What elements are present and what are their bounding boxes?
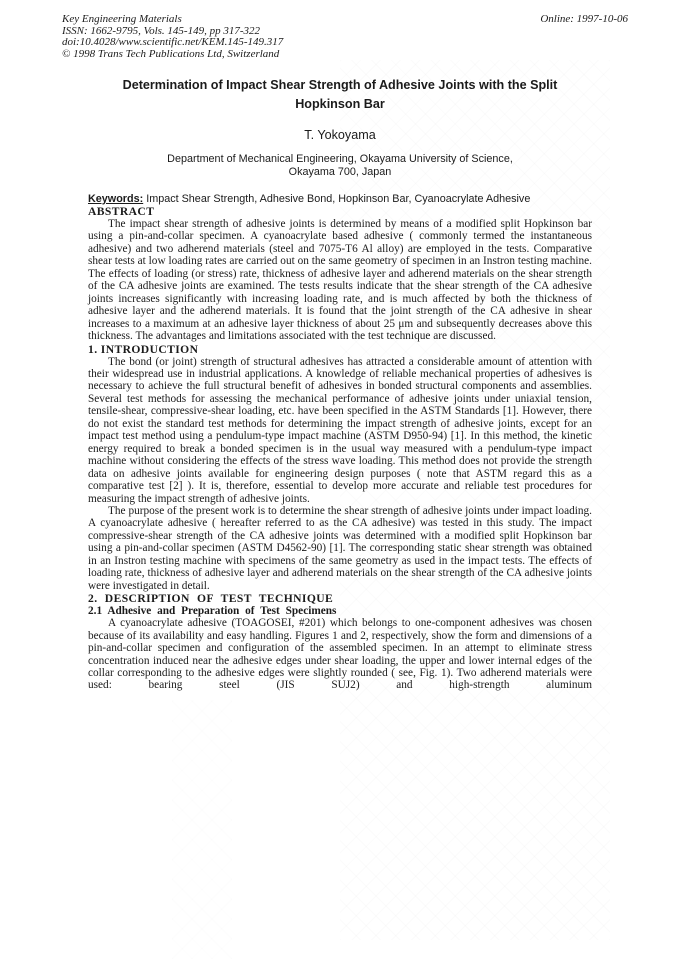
copyright-line: © 1998 Trans Tech Publications Ltd, Swit… [62,49,283,61]
journal-name: Key Engineering Materials [62,14,283,26]
affiliation-line-2: Okayama 700, Japan [88,166,592,179]
section-2-1-heading: 2.1 Adhesive and Preparation of Test Spe… [88,605,592,617]
paper-page: Key Engineering Materials ISSN: 1662-979… [0,0,678,959]
section-2-heading: 2. DESCRIPTION OF TEST TECHNIQUE [88,592,592,605]
paper-title: Determination of Impact Shear Strength o… [113,76,568,114]
affiliation-line-1: Department of Mechanical Engineering, Ok… [88,153,592,166]
journal-header: Key Engineering Materials ISSN: 1662-979… [62,14,628,60]
keywords-label: Keywords: [88,193,143,205]
online-date: Online: 1997-10-06 [540,14,628,26]
author-name: T. Yokoyama [88,128,592,142]
main-text-column: Determination of Impact Shear Strength o… [88,76,592,692]
scan-watermark-pattern [172,700,232,959]
abstract-paragraph: The impact shear strength of adhesive jo… [88,218,592,343]
journal-header-left: Key Engineering Materials ISSN: 1662-979… [62,14,283,60]
keywords-line: Keywords: Impact Shear Strength, Adhesiv… [88,193,592,205]
introduction-paragraph-1: The bond (or joint) strength of structur… [88,356,592,505]
affiliation: Department of Mechanical Engineering, Ok… [88,153,592,178]
introduction-paragraph-2: The purpose of the present work is to de… [88,505,592,592]
abstract-heading: ABSTRACT [88,205,592,218]
keywords-text: Impact Shear Strength, Adhesive Bond, Ho… [143,193,530,205]
section-2-1-paragraph: A cyanoacrylate adhesive (TOAGOSEI, #201… [88,617,592,692]
introduction-heading: 1. INTRODUCTION [88,343,592,356]
